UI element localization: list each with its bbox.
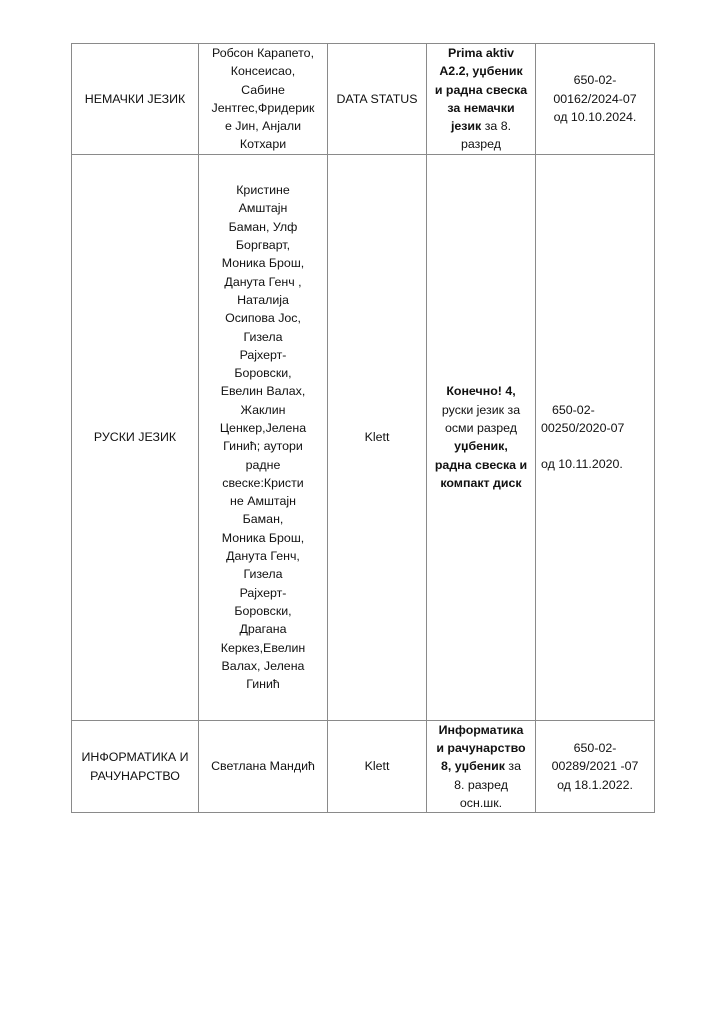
subject-cell: ИНФОРМАТИКА И РАЧУНАРСТВО: [72, 720, 199, 812]
title-line: 8, уџбеник за: [431, 757, 531, 775]
approval-line: 650-02-: [540, 71, 650, 89]
title-cell: Конечно! 4, руски језик за осми разред у…: [427, 154, 536, 720]
title-bold-part: 8, уџбеник: [441, 759, 505, 773]
author-line: Баман, Улф: [203, 218, 323, 236]
author-line: Рајхерт-: [203, 584, 323, 602]
author-line: Гинић: [203, 675, 323, 693]
title-line: језик за 8.: [431, 117, 531, 135]
authors-cell: Робсон Карапето, Консеисао, Сабине Јентг…: [199, 44, 328, 155]
title-line: радна свеска и: [431, 456, 531, 474]
approval-line: од 18.1.2022.: [540, 776, 650, 794]
approval-line: 00162/2024-07: [540, 90, 650, 108]
title-line: Конечно! 4,: [431, 382, 531, 400]
title-normal-part: за 8.: [481, 119, 511, 133]
title-line: осми разред: [431, 419, 531, 437]
author-line: Моника Брош,: [203, 529, 323, 547]
author-line: Драгана: [203, 620, 323, 638]
table-row: НЕМАЧКИ ЈЕЗИК Робсон Карапето, Консеисао…: [72, 44, 655, 155]
author-line: Гинић; аутори: [203, 437, 323, 455]
subject-cell: НЕМАЧКИ ЈЕЗИК: [72, 44, 199, 155]
title-normal-part: за: [505, 759, 521, 773]
title-line: разред: [431, 135, 531, 153]
title-line: и радна свеска: [431, 81, 531, 99]
author-line: Моника Брош,: [203, 254, 323, 272]
publisher-name: DATA STATUS: [336, 92, 417, 106]
author-line: Боровски,: [203, 602, 323, 620]
approval-line: од 10.10.2024.: [540, 108, 650, 126]
approval-spacer: [541, 437, 650, 455]
author-line: радне: [203, 456, 323, 474]
title-cell: Информатика и рачунарство 8, уџбеник за …: [427, 720, 536, 812]
title-bold-part: језик: [451, 119, 481, 133]
subject-cell: РУСКИ ЈЕЗИК: [72, 154, 199, 720]
author-line: Керкез,Евелин: [203, 639, 323, 657]
author-line: Светлана Мандић: [211, 759, 315, 773]
author-line: Евелин Валах,: [203, 382, 323, 400]
table-row: РУСКИ ЈЕЗИК Кристине Амштајн Баман, Улф …: [72, 154, 655, 720]
approval-line: од 10.11.2020.: [541, 455, 650, 473]
author-line: Јентгес,Фридерик: [203, 99, 323, 117]
title-line: и рачунарство: [431, 739, 531, 757]
author-line: Гизела: [203, 328, 323, 346]
author-line: Кристине: [203, 181, 323, 199]
approval-cell: 650-02- 00289/2021 -07 од 18.1.2022.: [536, 720, 655, 812]
authors-cell: Кристине Амштајн Баман, Улф Боргварт, Мо…: [199, 154, 328, 720]
publisher-cell: Klett: [328, 154, 427, 720]
publisher-name: Klett: [365, 759, 390, 773]
author-line: Баман,: [203, 510, 323, 528]
publisher-cell: DATA STATUS: [328, 44, 427, 155]
title-line: уџбеник,: [431, 437, 531, 455]
author-line: Рајхерт-: [203, 346, 323, 364]
authors-cell: Светлана Мандић: [199, 720, 328, 812]
approval-cell: 650-02- 00162/2024-07 од 10.10.2024.: [536, 44, 655, 155]
approval-line: 00289/2021 -07: [540, 757, 650, 775]
subject-name: НЕМАЧКИ ЈЕЗИК: [85, 92, 185, 106]
author-line: Ценкер,Јелена: [203, 419, 323, 437]
author-line: Жаклин: [203, 401, 323, 419]
author-line: е Јин, Анјали: [203, 117, 323, 135]
author-line: Данута Генч ,: [203, 273, 323, 291]
approval-line: 00250/2020-07: [541, 419, 650, 437]
title-line: Prima aktiv: [431, 44, 531, 62]
title-line: осн.шк.: [431, 794, 531, 812]
author-line: Валах, Јелена: [203, 657, 323, 675]
author-line: Котхари: [203, 135, 323, 153]
title-cell: Prima aktiv A2.2, уџбеник и радна свеска…: [427, 44, 536, 155]
subject-line: РАЧУНАРСТВО: [76, 767, 194, 785]
title-line: за немачки: [431, 99, 531, 117]
author-line: Консеисао,: [203, 62, 323, 80]
author-line: Амштајн: [203, 199, 323, 217]
approval-cell: 650-02- 00250/2020-07 од 10.11.2020.: [536, 154, 655, 720]
publisher-name: Klett: [365, 430, 390, 444]
author-line: свеске:Кристи: [203, 474, 323, 492]
approval-line: 650-02-: [540, 739, 650, 757]
table-row: ИНФОРМАТИКА И РАЧУНАРСТВО Светлана Манди…: [72, 720, 655, 812]
author-line: Боргварт,: [203, 236, 323, 254]
title-line: A2.2, уџбеник: [431, 62, 531, 80]
subject-line: ИНФОРМАТИКА И: [76, 748, 194, 766]
subject-name: РУСКИ ЈЕЗИК: [94, 430, 176, 444]
title-line: компакт диск: [431, 474, 531, 492]
author-line: не Амштајн: [203, 492, 323, 510]
textbook-table: НЕМАЧКИ ЈЕЗИК Робсон Карапето, Консеисао…: [71, 43, 655, 813]
title-line: руски језик за: [431, 401, 531, 419]
author-line: Гизела: [203, 565, 323, 583]
approval-line: 650-02-: [541, 401, 650, 419]
title-line: 8. разред: [431, 776, 531, 794]
author-line: Боровски,: [203, 364, 323, 382]
author-line: Осипова Јос,: [203, 309, 323, 327]
author-line: Робсон Карапето,: [203, 44, 323, 62]
title-line: Информатика: [431, 721, 531, 739]
publisher-cell: Klett: [328, 720, 427, 812]
author-line: Данута Генч,: [203, 547, 323, 565]
author-line: Сабине: [203, 81, 323, 99]
author-line: Наталија: [203, 291, 323, 309]
